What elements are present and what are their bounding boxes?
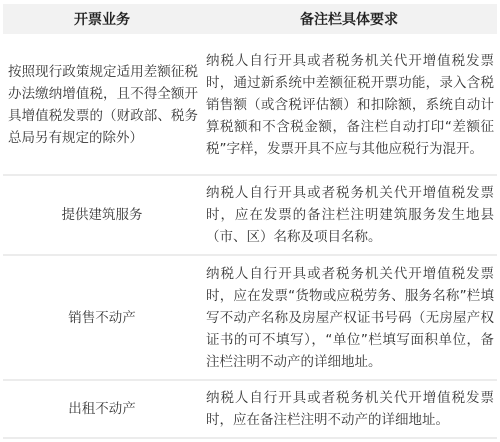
requirement-cell: 纳税人自行开具或者税务机关代开增值税发票时，应在发票“货物或应税劳务、服务名称”… xyxy=(201,256,497,379)
business-cell: 出租不动产 xyxy=(3,381,201,437)
table-header: 开票业务 备注栏具体要求 xyxy=(3,4,497,34)
table-row: 销售不动产 纳税人自行开具或者税务机关代开增值税发票时，应在发票“货物或应税劳务… xyxy=(3,256,497,381)
table-row: 出租不动产 纳税人自行开具或者税务机关代开增值税发票时，应在备注栏注明不动产的详… xyxy=(3,381,497,439)
table-row: 按照现行政策规定适用差额征税办法缴纳增值税，且不得全额开具增值税发票的（财政部、… xyxy=(3,34,497,176)
header-business: 开票业务 xyxy=(3,9,201,29)
table-row: 提供建筑服务 纳税人自行开具或者税务机关代开增值税发票时，应在发票的备注栏注明建… xyxy=(3,176,497,256)
requirement-cell: 纳税人自行开具或者税务机关代开增值税发票时，应在备注栏注明不动产的详细地址。 xyxy=(201,381,497,437)
requirement-cell: 纳税人自行开具或者税务机关代开增值税发票时，通过新系统中差额征税开票功能，录入含… xyxy=(201,36,497,174)
business-cell: 按照现行政策规定适用差额征税办法缴纳增值税，且不得全额开具增值税发票的（财政部、… xyxy=(3,36,201,174)
business-cell: 销售不动产 xyxy=(3,256,201,379)
invoice-remarks-table: 开票业务 备注栏具体要求 按照现行政策规定适用差额征税办法缴纳增值税，且不得全额… xyxy=(3,4,497,439)
business-cell: 提供建筑服务 xyxy=(3,176,201,254)
requirement-cell: 纳税人自行开具或者税务机关代开增值税发票时，应在发票的备注栏注明建筑服务发生地县… xyxy=(201,176,497,254)
header-requirement: 备注栏具体要求 xyxy=(201,9,497,29)
